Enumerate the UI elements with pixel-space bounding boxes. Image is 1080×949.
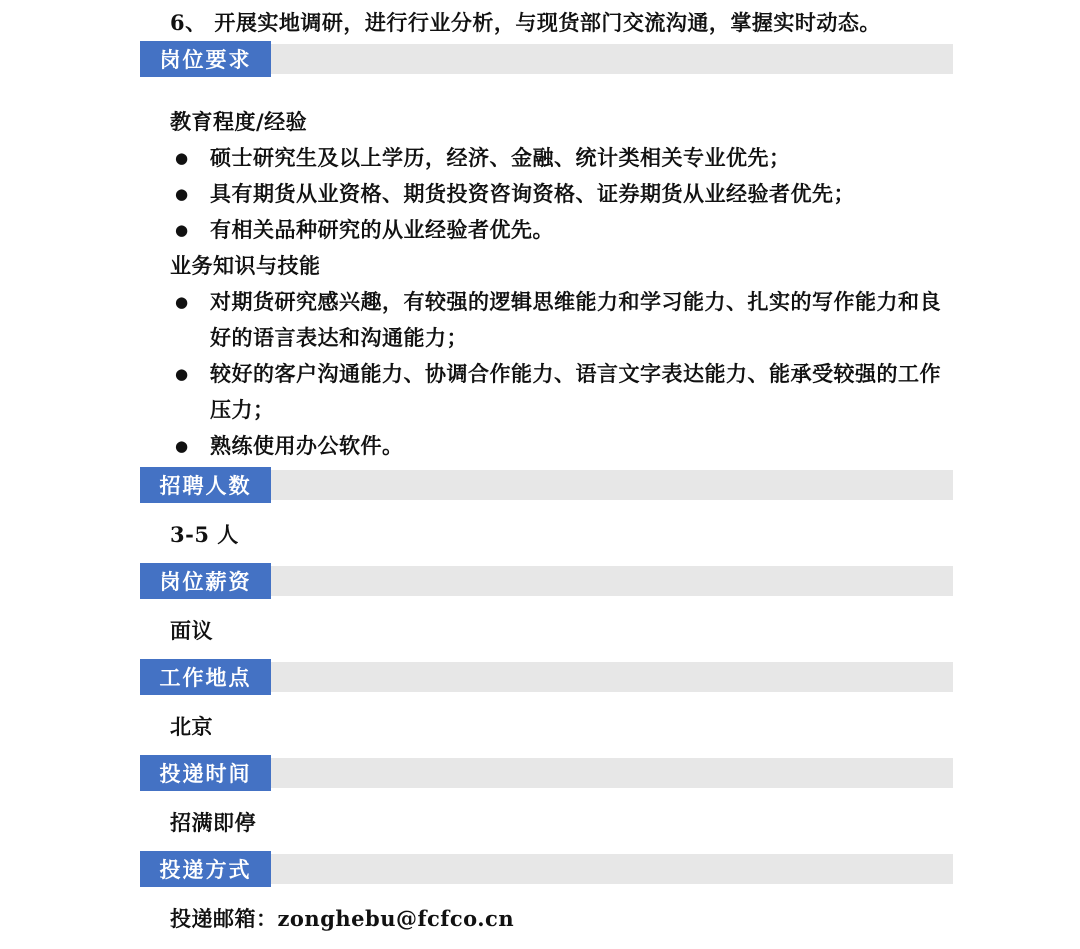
bullet-item: ● 对期货研究感兴趣，有较强的逻辑思维能力和学习能力、扎实的写作能力和良好的语言… [175, 284, 1080, 356]
section-bar-deadline: 投递时间 [140, 758, 953, 788]
section-bar-apply-method: 投递方式 [140, 854, 953, 884]
bullet-marker-icon: ● [175, 428, 210, 464]
section-title-location: 工作地点 [140, 659, 271, 695]
bullet-text: 有相关品种研究的从业经验者优先。 [210, 212, 942, 248]
location-value: 北京 [170, 709, 1040, 745]
bullet-text: 熟练使用办公软件。 [210, 428, 942, 464]
bullet-text: 对期货研究感兴趣，有较强的逻辑思维能力和学习能力、扎实的写作能力和良好的语言表达… [210, 284, 942, 356]
salary-value: 面议 [170, 613, 1040, 649]
email-label: 投递邮箱： [170, 906, 278, 931]
bullet-text: 具有期货从业资格、期货投资咨询资格、证券期货从业经验者优先； [210, 176, 942, 212]
bullet-text: 硕士研究生及以上学历，经济、金融、统计类相关专业优先； [210, 140, 942, 176]
section-title-salary: 岗位薪资 [140, 563, 271, 599]
bullet-marker-icon: ● [175, 356, 210, 428]
subheading-business-skills: 业务知识与技能 [170, 248, 1080, 284]
section-bar-requirements: 岗位要求 [140, 44, 953, 74]
bullet-item: ● 较好的客户沟通能力、协调合作能力、语言文字表达能力、能承受较强的工作压力； [175, 356, 1080, 428]
bullet-item: ● 有相关品种研究的从业经验者优先。 [175, 212, 1080, 248]
bullet-item: ● 具有期货从业资格、期货投资咨询资格、证券期货从业经验者优先； [175, 176, 1080, 212]
apply-email-line: 投递邮箱：zonghebu@fcfco.cn [170, 901, 1040, 937]
bullet-marker-icon: ● [175, 212, 210, 248]
bullet-marker-icon: ● [175, 176, 210, 212]
section-title-headcount: 招聘人数 [140, 467, 271, 503]
section-title-deadline: 投递时间 [140, 755, 271, 791]
bullet-marker-icon: ● [175, 140, 210, 176]
section-title-apply-method: 投递方式 [140, 851, 271, 887]
intro-line: 6、 开展实地调研，进行行业分析，与现货部门交流沟通，掌握实时动态。 [0, 0, 1080, 38]
job-posting-document: 6、 开展实地调研，进行行业分析，与现货部门交流沟通，掌握实时动态。 岗位要求 … [0, 0, 1080, 937]
bullet-item: ● 硕士研究生及以上学历，经济、金融、统计类相关专业优先； [175, 140, 1080, 176]
bullet-item: ● 熟练使用办公软件。 [175, 428, 1080, 464]
email-address: zonghebu@fcfco.cn [278, 906, 515, 931]
deadline-value: 招满即停 [170, 805, 1040, 841]
requirements-content: 教育程度/经验 ● 硕士研究生及以上学历，经济、金融、统计类相关专业优先； ● … [0, 104, 1080, 464]
section-bar-salary: 岗位薪资 [140, 566, 953, 596]
subheading-education-experience: 教育程度/经验 [170, 104, 1080, 140]
bullet-text: 较好的客户沟通能力、协调合作能力、语言文字表达能力、能承受较强的工作压力； [210, 356, 942, 428]
headcount-value: 3-5 人 [170, 517, 1040, 553]
section-bar-location: 工作地点 [140, 662, 953, 692]
section-title-requirements: 岗位要求 [140, 41, 271, 77]
bullet-marker-icon: ● [175, 284, 210, 356]
section-bar-headcount: 招聘人数 [140, 470, 953, 500]
